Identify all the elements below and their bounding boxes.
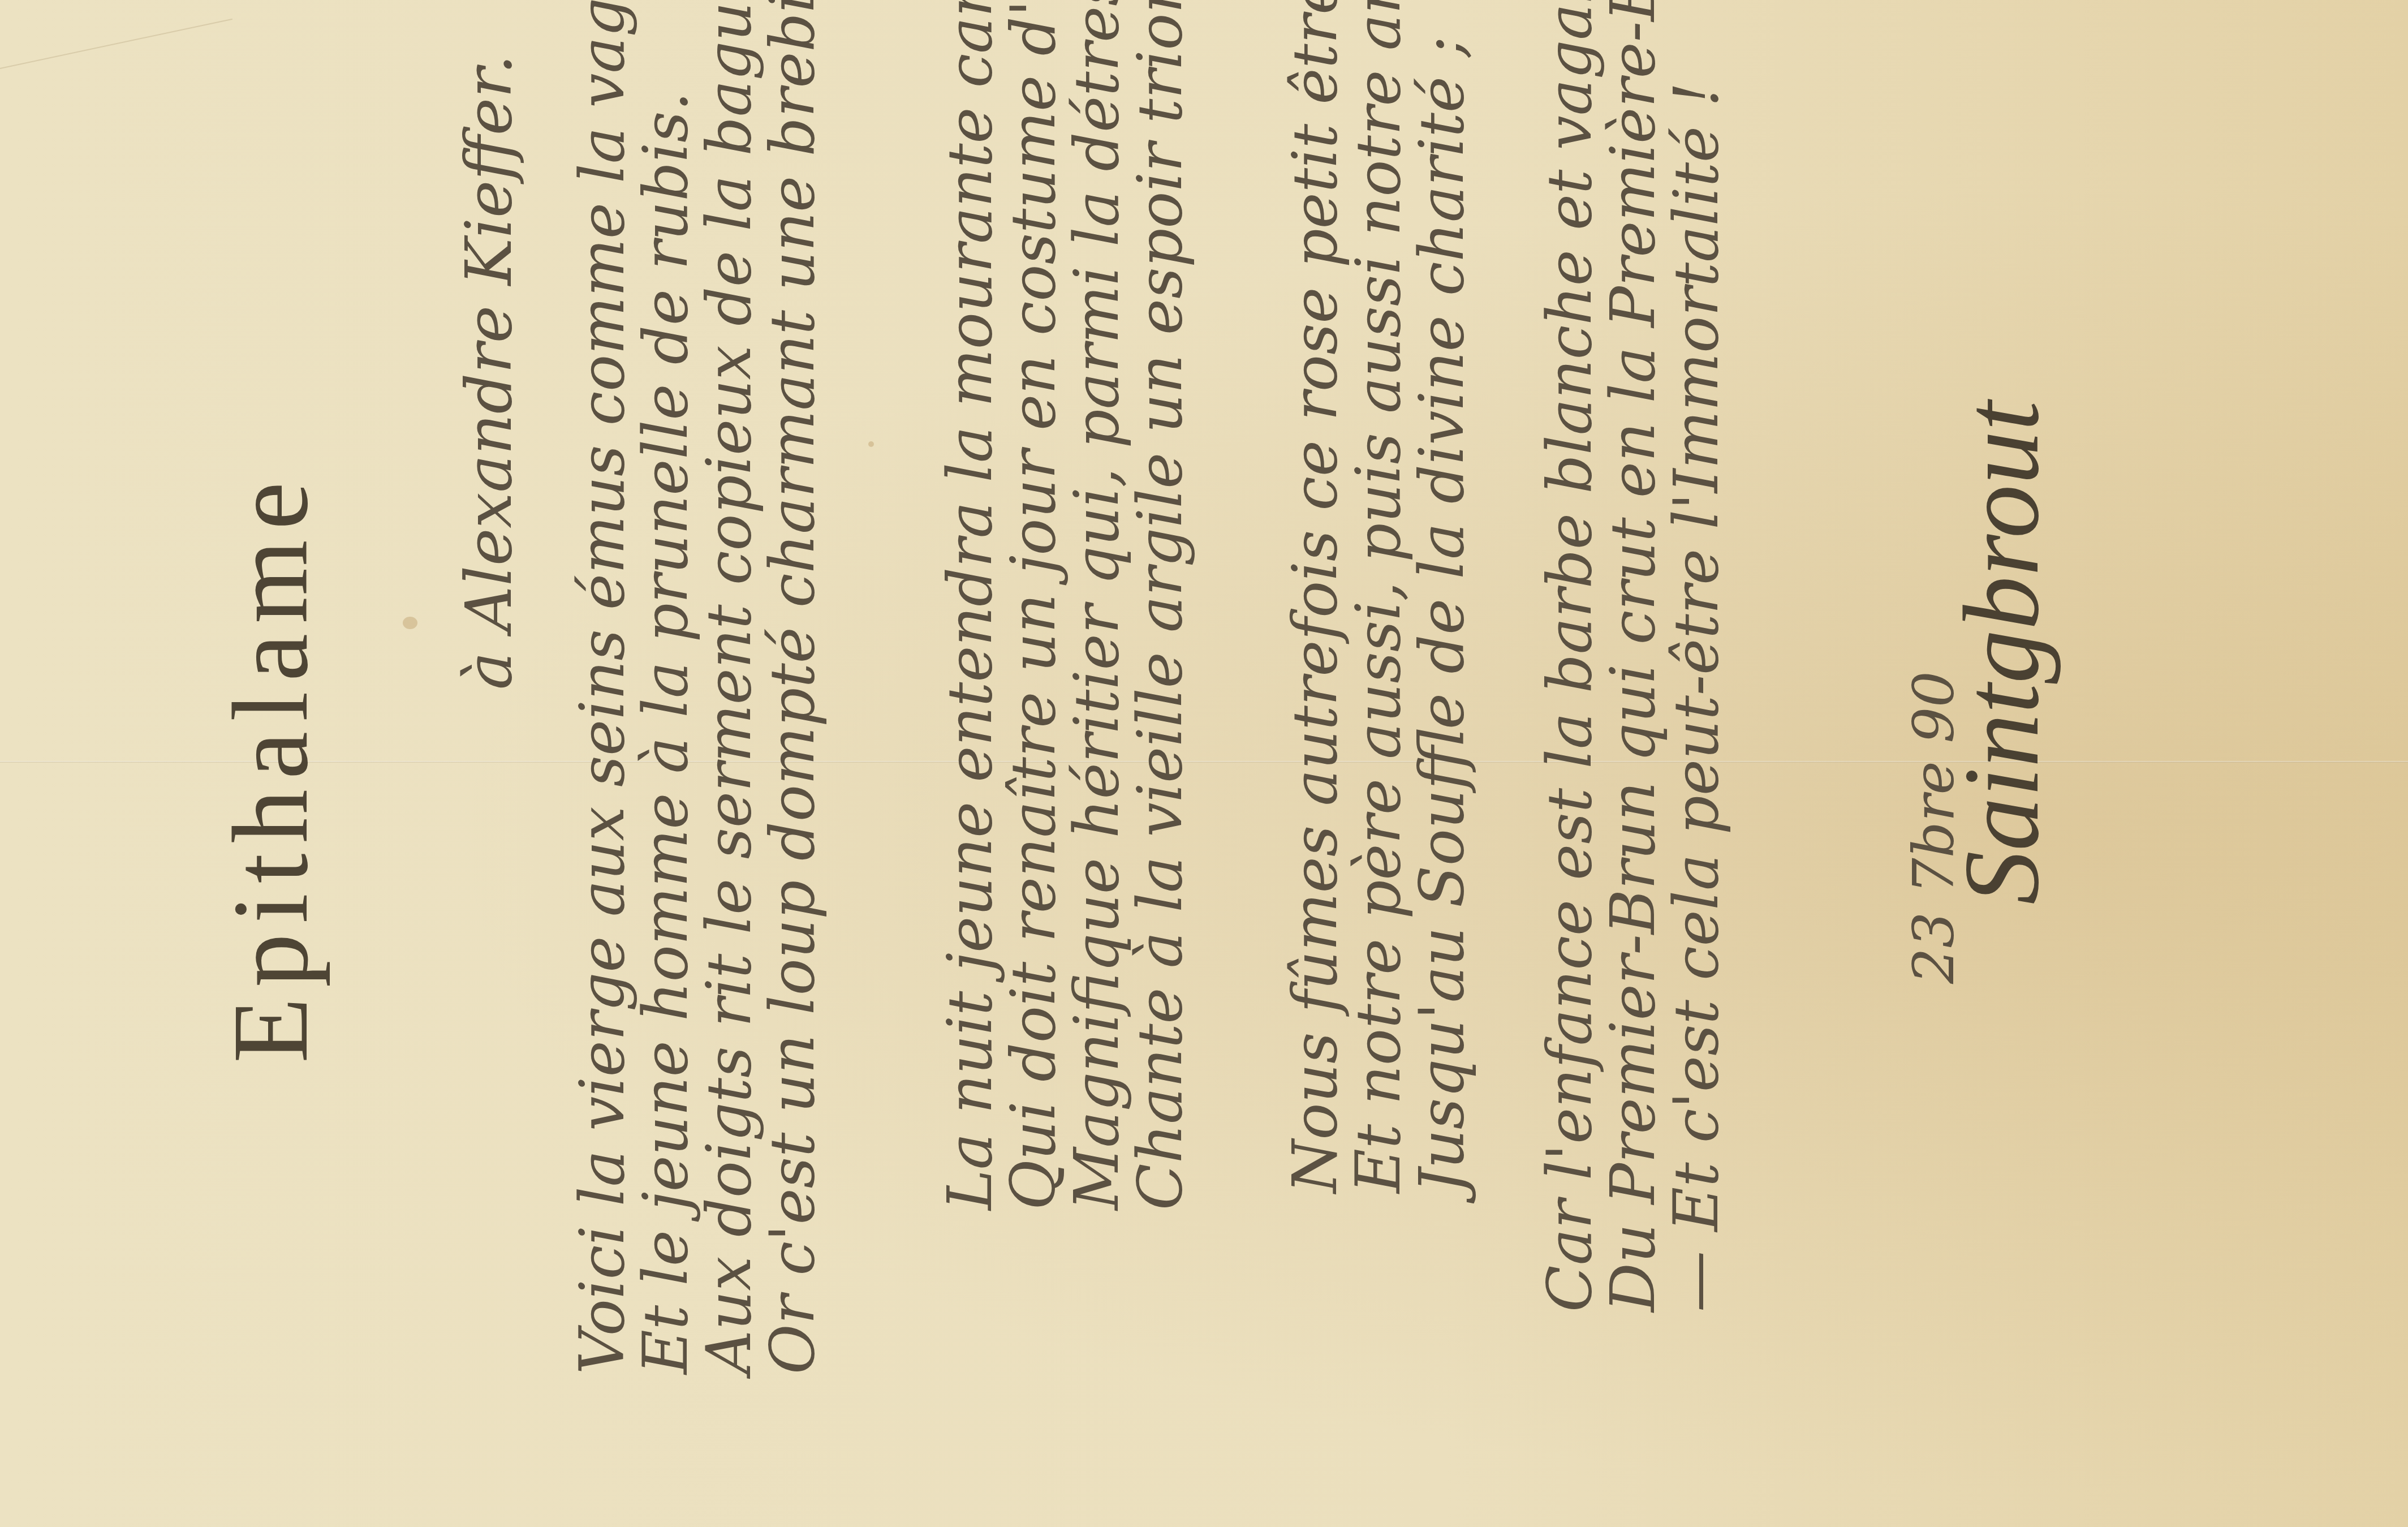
verse-line: Car l'enfance est la barbe blanche et va… (1539, 0, 1602, 1312)
verse-line: Or c'est un loup dompté charmant une bre… (761, 0, 825, 1374)
verse-line: — Et c'est cela peut-être l'Immortalité … (1665, 0, 1729, 1312)
stanza-1: Voici la vierge aux seins émus comme la … (571, 0, 825, 1374)
verse-line: Et le jeune homme à la prunelle de rubis… (635, 0, 698, 1374)
verse-line: Qui doit renaître un jour en costume d'e… (1002, 0, 1066, 1210)
verse-text: Du Premier-Brun qui crut en la Première-… (1598, 0, 1669, 1312)
verse-line: La nuit jeune entendra la mourante cares… (939, 0, 1002, 1210)
rotated-text-layer: Epithalame à Alexandre Kieffer. Voici la… (0, 0, 2408, 1527)
verse-line: Chante à la vieille argile un espoir tri… (1129, 0, 1192, 1210)
manuscript-page: Epithalame à Alexandre Kieffer. Voici la… (0, 0, 2408, 1527)
verse-line: Aux doigts rit le serment copieux de la … (698, 0, 761, 1374)
signature: Saintgbrout (1940, 401, 2064, 905)
verse-line: Nous fûmes autrefois ce rose petit être, (1284, 0, 1347, 1193)
stanza-2: La nuit jeune entendra la mourante cares… (939, 0, 1192, 1210)
verse-line: Jusqu'au Souffle de la divine charité ; (1411, 0, 1474, 1193)
verse-line: Voici la vierge aux seins émus comme la … (571, 0, 635, 1374)
verse-line: Magnifique héritier qui, parmi la détres… (1066, 0, 1129, 1210)
dedication: à Alexandre Kieffer. (453, 54, 526, 690)
verse-line: Et notre père aussi, puis aussi notre an… (1347, 0, 1411, 1193)
poem-title: Epithalame (209, 472, 333, 1063)
verse-line: Du Premier-Brun qui crut en la Première-… (1602, 0, 1665, 1312)
stanza-3: Nous fûmes autrefois ce rose petit être,… (1284, 0, 1474, 1193)
stanza-4: Car l'enfance est la barbe blanche et va… (1539, 0, 1729, 1312)
